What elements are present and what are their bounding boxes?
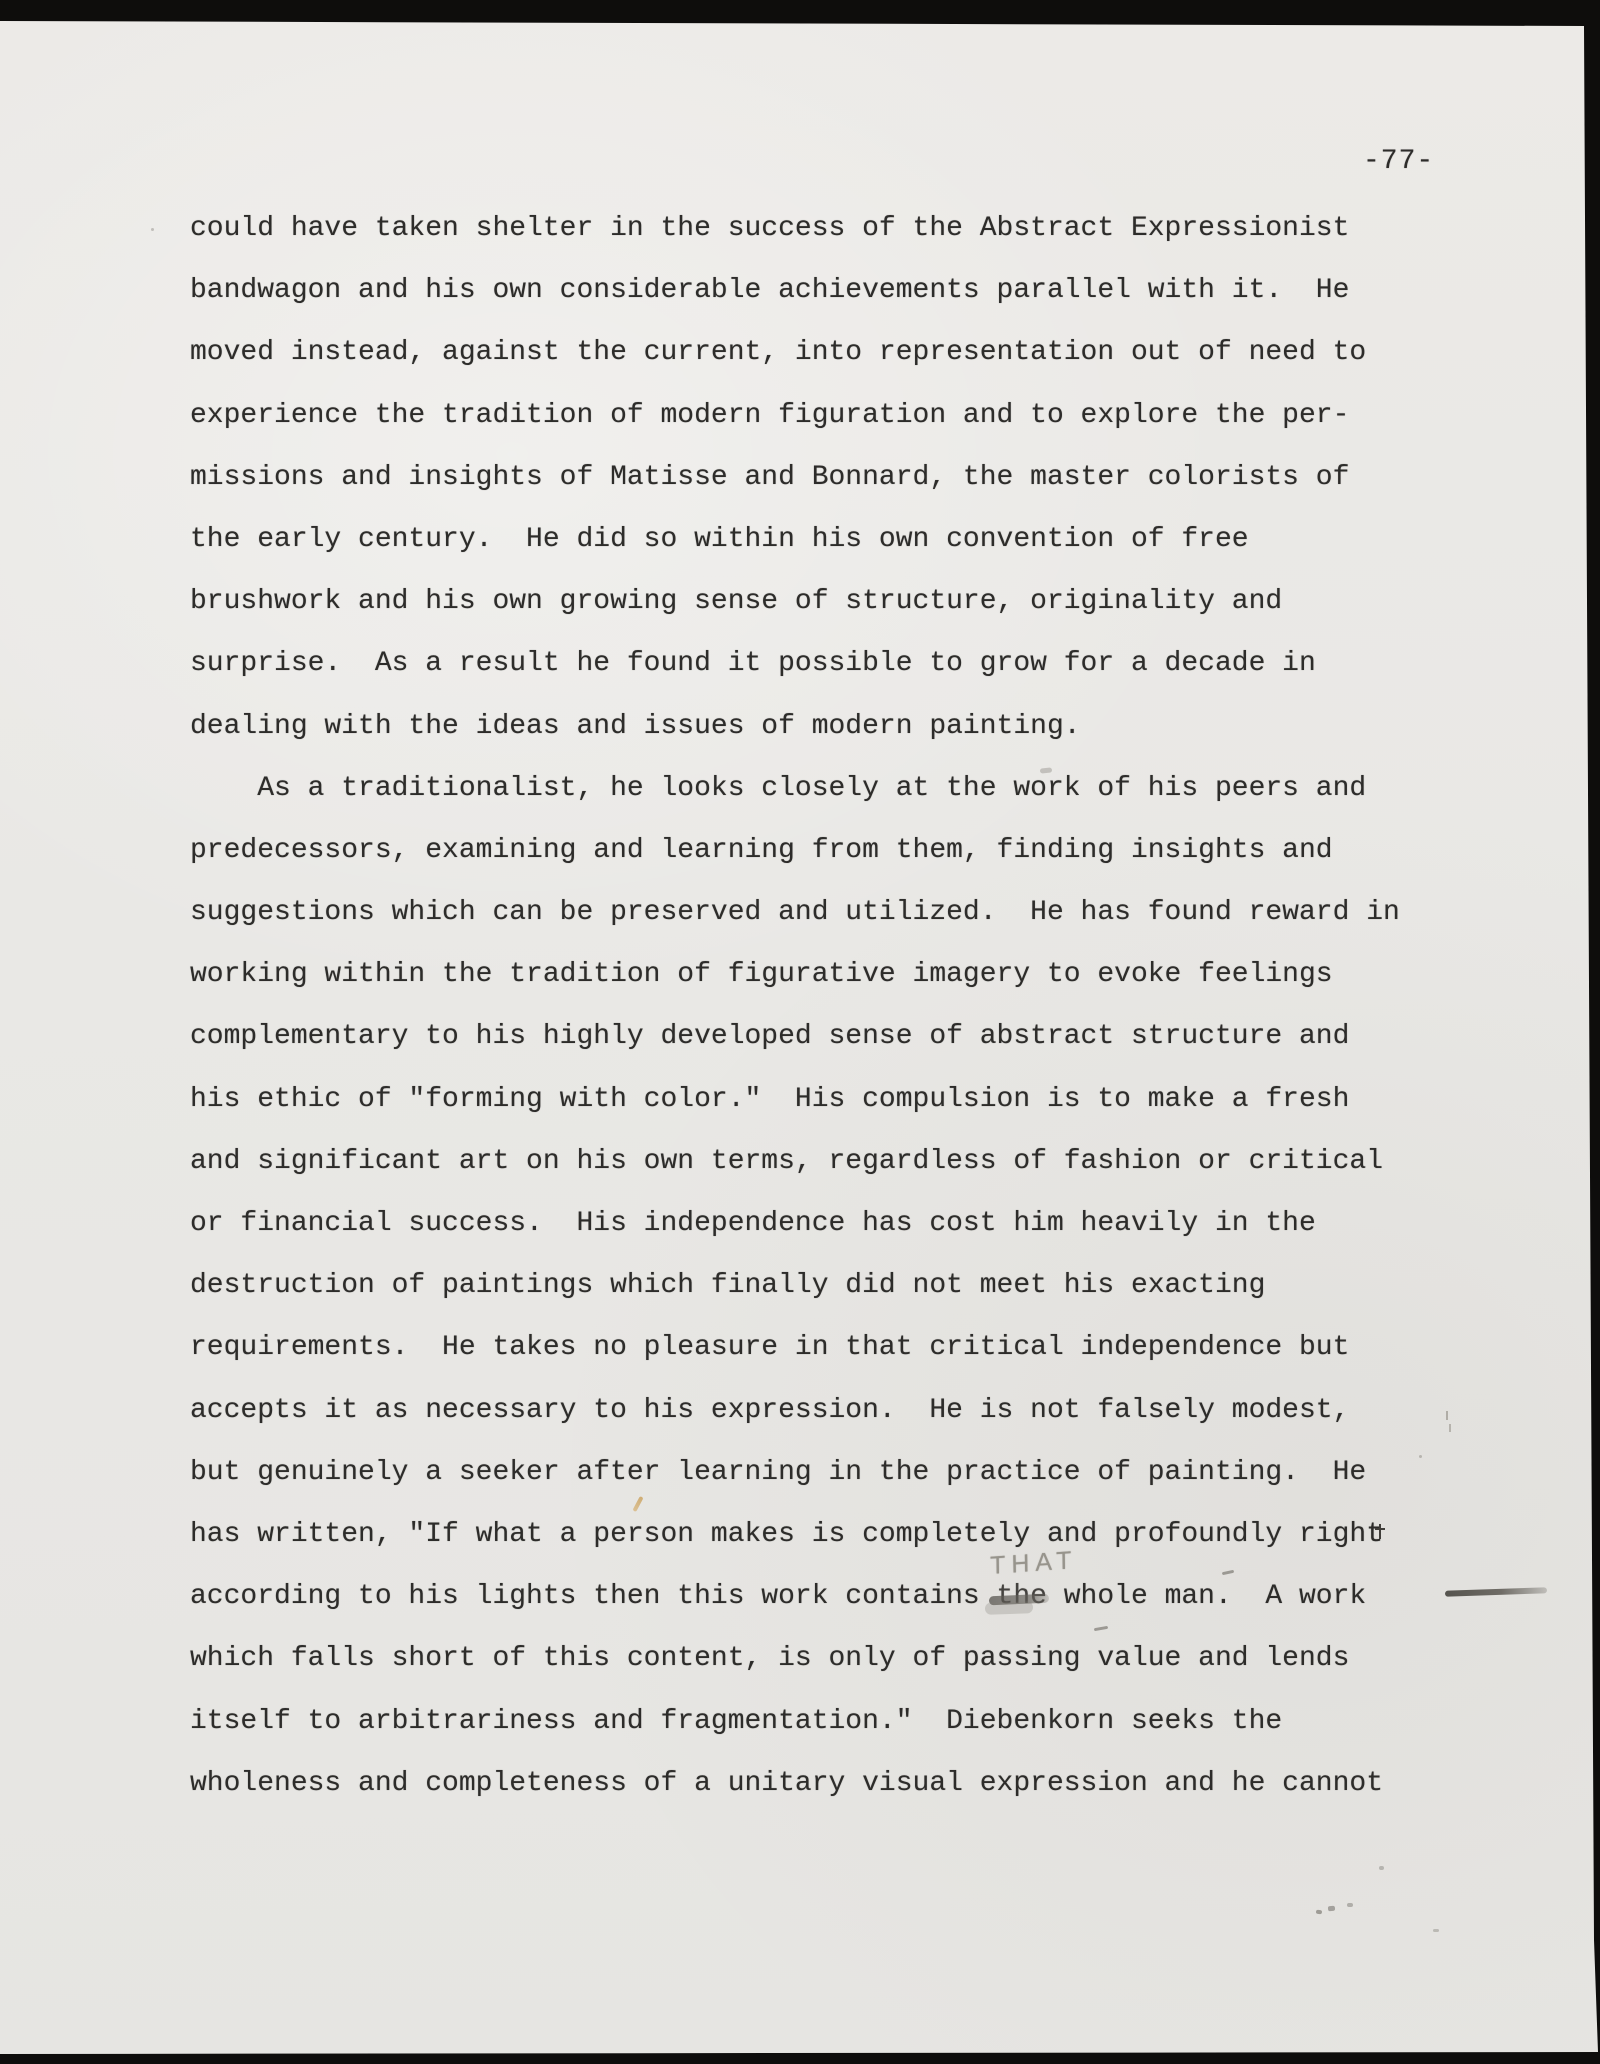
- typed-line: experience the tradition of modern figur…: [190, 385, 1400, 447]
- typed-line: brushwork and his own growing sense of s…: [190, 571, 1400, 633]
- typed-line: or financial success. His independence h…: [190, 1193, 1400, 1255]
- typed-line: working within the tradition of figurati…: [190, 944, 1400, 1006]
- page-number: -77-: [1363, 146, 1434, 178]
- typed-line: according to his lights then this work c…: [190, 1566, 1400, 1628]
- typed-line: missions and insights of Matisse and Bon…: [190, 447, 1400, 509]
- typed-line: bandwagon and his own considerable achie…: [190, 260, 1400, 322]
- typed-line: wholeness and completeness of a unitary …: [190, 1753, 1400, 1815]
- typed-line: dealing with the ideas and issues of mod…: [190, 696, 1400, 758]
- typed-line: but genuinely a seeker after learning in…: [190, 1442, 1400, 1504]
- typed-line: itself to arbitrariness and fragmentatio…: [190, 1691, 1400, 1753]
- pencil-speck: [1347, 1903, 1353, 1907]
- typed-line: the early century. He did so within his …: [190, 509, 1400, 571]
- typed-line: requirements. He takes no pleasure in th…: [190, 1317, 1400, 1379]
- pencil-dash-mark: [1445, 1587, 1547, 1597]
- typed-line: destruction of paintings which finally d…: [190, 1255, 1400, 1317]
- typed-line: his ethic of "forming with color." His c…: [190, 1069, 1400, 1131]
- handwritten-annotation-that: THAT: [990, 1546, 1078, 1581]
- paper: -77- could have taken shelter in the suc…: [0, 0, 1600, 2064]
- scanned-page: -77- could have taken shelter in the suc…: [0, 0, 1600, 2064]
- typed-line: surprise. As a result he found it possib…: [190, 633, 1400, 695]
- typed-line: could have taken shelter in the success …: [190, 198, 1400, 260]
- typed-line: accepts it as necessary to his expressio…: [190, 1380, 1400, 1442]
- typed-line: predecessors, examining and learning fro…: [190, 820, 1400, 882]
- struck-word: the: [997, 1581, 1047, 1612]
- faint-tick-mark: [1446, 1411, 1448, 1420]
- typed-line: moved instead, against the current, into…: [190, 322, 1400, 384]
- faint-tick-mark: [1449, 1424, 1451, 1432]
- dust-speck: [1419, 1455, 1422, 1458]
- typed-line: which falls short of this content, is on…: [190, 1628, 1400, 1690]
- typed-text-block: could have taken shelter in the success …: [190, 198, 1400, 1815]
- pencil-speck: [1328, 1906, 1335, 1912]
- typed-segment: whole man. A work: [1047, 1581, 1366, 1612]
- pencil-speck: [1379, 1866, 1384, 1870]
- typed-line: complementary to his highly developed se…: [190, 1006, 1400, 1068]
- typed-line: and significant art on his own terms, re…: [190, 1131, 1400, 1193]
- pencil-speck: [1433, 1929, 1439, 1932]
- dust-speck: [151, 228, 154, 231]
- pencil-speck: [1316, 1910, 1322, 1915]
- typed-line: suggestions which can be preserved and u…: [190, 882, 1400, 944]
- typed-line: has written, "If what a person makes is …: [190, 1504, 1400, 1566]
- cross-tick-mark: [1379, 1524, 1381, 1539]
- typed-segment: according to his lights then this work c…: [190, 1581, 997, 1612]
- typed-line: As a traditionalist, he looks closely at…: [190, 758, 1400, 820]
